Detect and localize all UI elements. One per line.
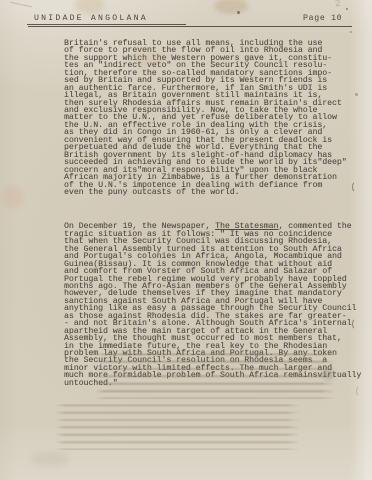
pen-arc-mark (352, 318, 361, 330)
stain (130, 48, 166, 68)
pen-arc-mark (356, 385, 365, 397)
scratch-mark (10, 2, 32, 8)
page-number: Page 10 (303, 14, 342, 23)
stain (214, 0, 248, 14)
ink-speck (346, 8, 348, 10)
document-page: UNIDADE ANGOLANA Page 10 Britain's refus… (0, 0, 372, 480)
header-title: UNIDADE ANGOLANA (34, 14, 148, 23)
stain (322, 368, 334, 380)
ink-speck (237, 11, 240, 14)
stain (75, 0, 105, 14)
stain (2, 186, 24, 208)
paragraph-1: Britain's refusal to use all means, incl… (64, 40, 368, 197)
ink-speck (350, 31, 352, 33)
ink-speck (355, 93, 358, 96)
pencil-mark: 2 (334, 0, 341, 10)
bleedthrough-text-block (95, 353, 335, 399)
stain (30, 452, 70, 466)
bleedthrough-text-block (55, 404, 300, 450)
pen-arc-mark (352, 181, 361, 193)
